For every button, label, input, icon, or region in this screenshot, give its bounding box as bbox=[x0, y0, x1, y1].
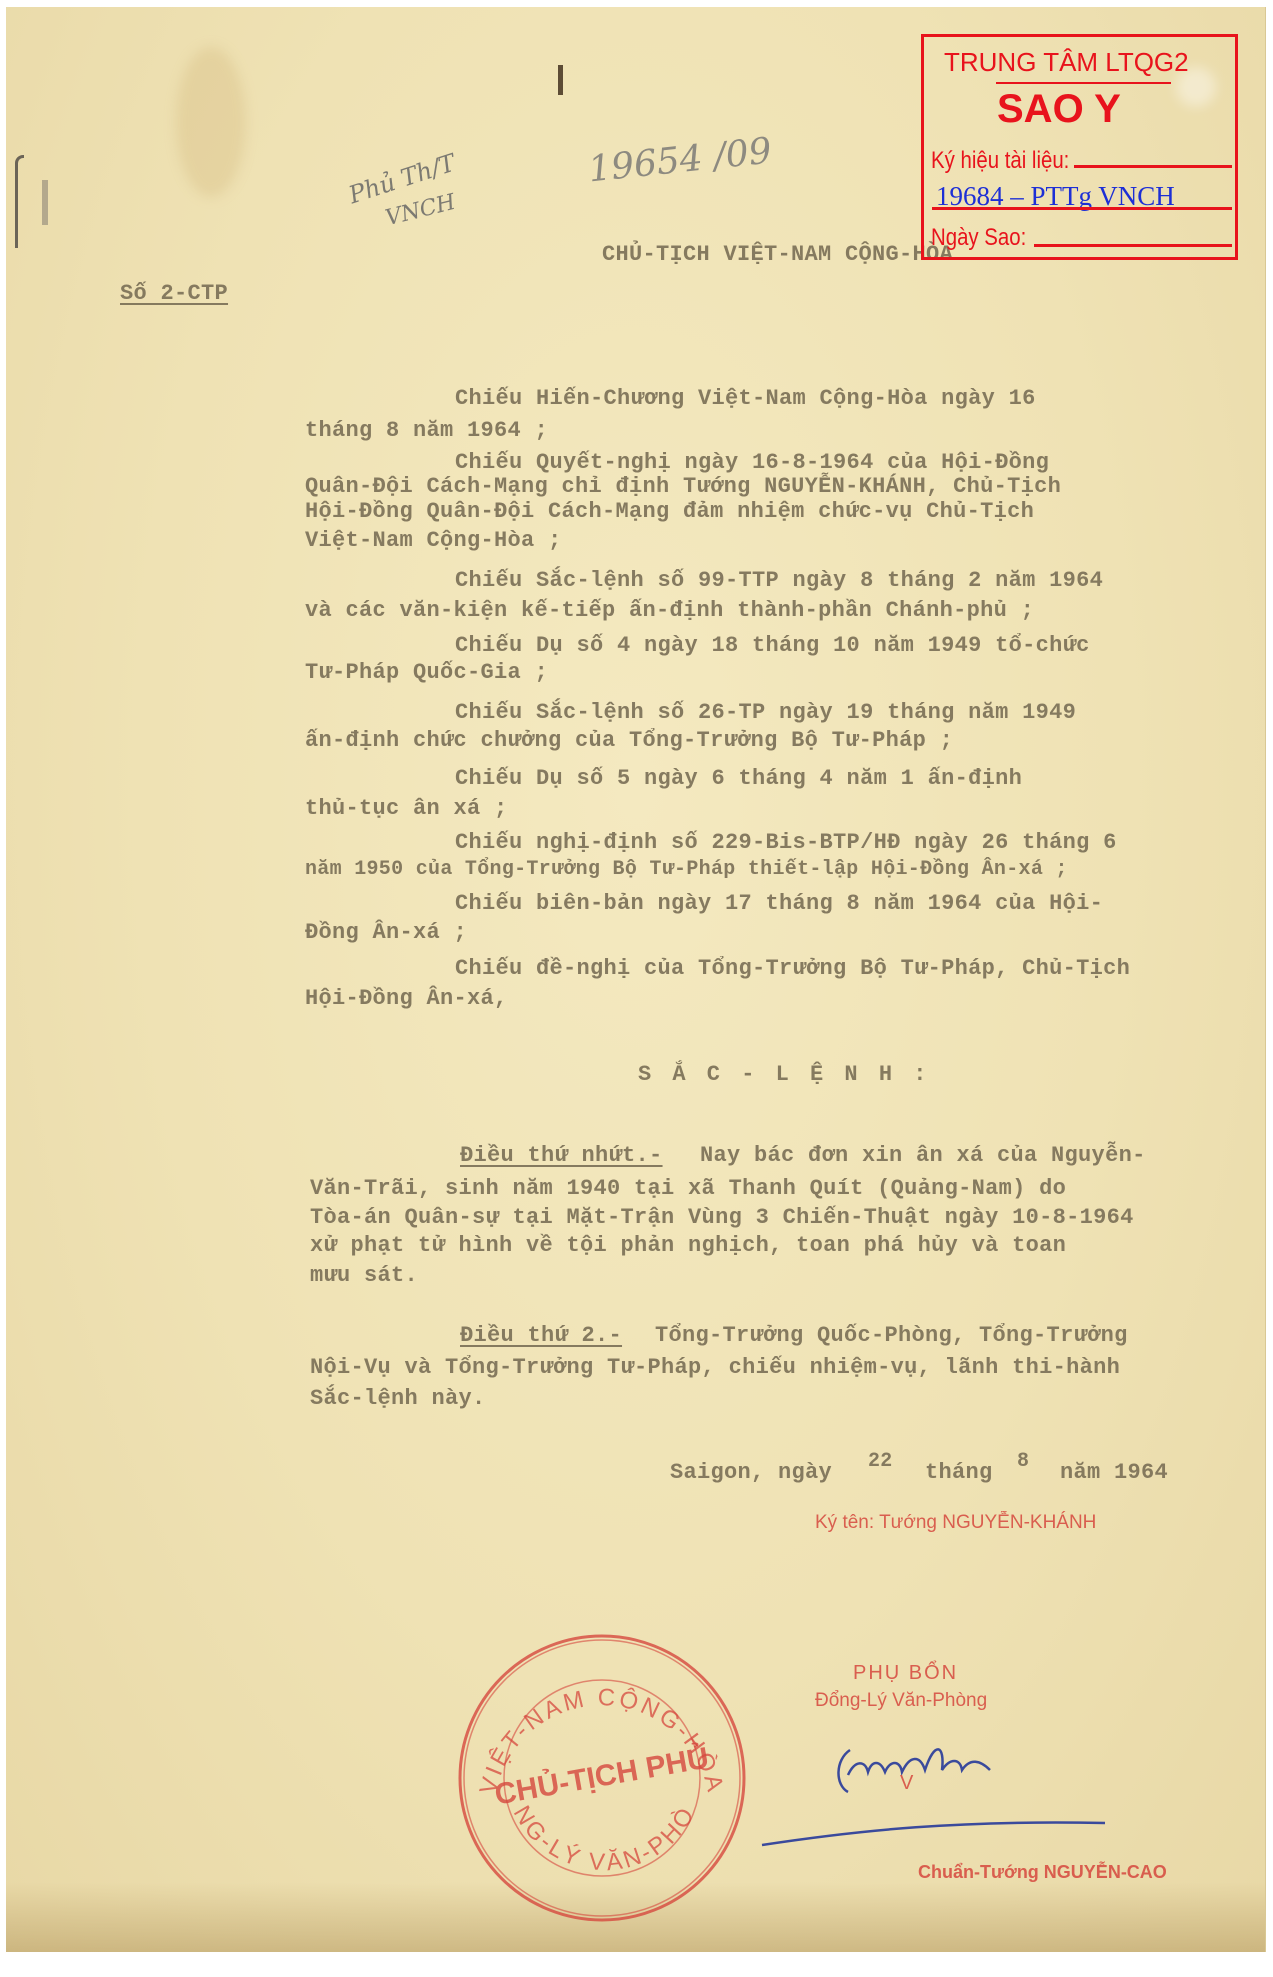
preamble-line: Tư-Pháp Quốc-Gia ; bbox=[305, 662, 548, 684]
preamble-line: thủ-tục ân xá ; bbox=[305, 798, 508, 820]
date-year: năm 1964 bbox=[1060, 1462, 1168, 1484]
preamble-line: ấn-định chức chưởng của Tổng-Trưởng Bộ T… bbox=[305, 730, 953, 752]
certified-copy-signatory: Chuẩn-Tướng NGUYỄN-CAO bbox=[918, 1862, 1167, 1883]
issuer-heading: CHỦ-TỊCH VIỆT-NAM CỘNG-HÒA bbox=[602, 244, 953, 266]
article-line: mưu sát. bbox=[310, 1265, 418, 1287]
signature-underline-icon bbox=[760, 1815, 1110, 1855]
preamble-line: năm 1950 của Tổng-Trưởng Bộ Tư-Pháp thiế… bbox=[305, 860, 1068, 880]
preamble-line: Chiếu Quyết-nghị ngày 16-8-1964 của Hội-… bbox=[455, 452, 1049, 474]
article-line: Văn-Trãi, sinh năm 1940 tại xã Thanh Quí… bbox=[310, 1178, 1066, 1200]
stamp-ref-line bbox=[1074, 165, 1232, 168]
preamble-line: Quân-Đội Cách-Mạng chỉ định Tướng NGUYỄN… bbox=[305, 476, 1061, 498]
seal-icon: VIỆT-NAM CỘNG-HÒA ĐỔNG-LÝ VĂN-PHÒNG CHỦ-… bbox=[452, 1628, 752, 1928]
signed-by-stamp: Ký tên: Tướng NGUYỄN-KHÁNH bbox=[815, 1512, 1096, 1534]
stamp-date-line bbox=[1034, 244, 1232, 247]
signature-icon bbox=[830, 1730, 1010, 1800]
pencil-mark bbox=[558, 65, 563, 95]
article-line: Nay bác đơn xin ân xá của Nguyễn- bbox=[700, 1145, 1146, 1167]
preamble-line: Việt-Nam Cộng-Hòa ; bbox=[305, 530, 562, 552]
official-seal: VIỆT-NAM CỘNG-HÒA ĐỔNG-LÝ VĂN-PHÒNG CHỦ-… bbox=[452, 1628, 752, 1928]
preamble-line: Chiếu Dụ số 5 ngày 6 tháng 4 năm 1 ấn-đị… bbox=[455, 768, 1022, 790]
preamble-line: Chiếu Sắc-lệnh số 26-TP ngày 19 tháng nă… bbox=[455, 702, 1076, 724]
stamp-title: SAO Y bbox=[997, 87, 1121, 132]
archive-stamp: TRUNG TÂM LTQG2 SAO Y Ký hiệu tài liệu: … bbox=[921, 34, 1238, 260]
article-line: Tổng-Trưởng Quốc-Phòng, Tổng-Trưởng bbox=[655, 1325, 1128, 1347]
preamble-line: tháng 8 năm 1964 ; bbox=[305, 420, 548, 442]
preamble-line: Chiếu biên-bản ngày 17 tháng 8 năm 1964 … bbox=[455, 893, 1103, 915]
preamble-line: Hội-Đồng Quân-Đội Cách-Mạng đảm nhiệm ch… bbox=[305, 501, 1034, 523]
article-line: xử phạt tử hình về tội phản nghịch, toan… bbox=[310, 1235, 1066, 1257]
certified-copy-subtitle: Đổng-Lý Văn-Phòng bbox=[815, 1690, 987, 1712]
preamble-line: và các văn-kiện kế-tiếp ấn-định thành-ph… bbox=[305, 600, 1034, 622]
preamble-line: Chiếu Dụ số 4 ngày 18 tháng 10 năm 1949 … bbox=[455, 635, 1090, 657]
date-place: Saigon, ngày bbox=[670, 1462, 832, 1484]
preamble-line: Chiếu Hiến-Chương Việt-Nam Cộng-Hòa ngày… bbox=[455, 388, 1036, 410]
svg-text:CHỦ-TỊCH PHỦ: CHỦ-TỊCH PHỦ bbox=[492, 1740, 711, 1811]
binding-mark bbox=[15, 155, 24, 248]
binding-hole bbox=[42, 180, 48, 225]
article-line: Nội-Vụ và Tổng-Trưởng Tư-Pháp, chiếu nhi… bbox=[310, 1357, 1120, 1379]
preamble-line: Chiếu đề-nghị của Tổng-Trưởng Bộ Tư-Pháp… bbox=[455, 958, 1130, 980]
article-line: Tòa-án Quân-sự tại Mặt-Trận Vùng 3 Chiến… bbox=[310, 1207, 1134, 1229]
stamp-divider bbox=[996, 82, 1171, 84]
stamp-ref-value-line bbox=[932, 207, 1232, 210]
approval-mark: V bbox=[900, 1772, 913, 1795]
date-month-label: tháng bbox=[925, 1462, 993, 1484]
stain bbox=[176, 47, 246, 197]
date-month: 8 bbox=[1017, 1452, 1029, 1472]
preamble-line: Đồng Ân-xá ; bbox=[305, 922, 467, 944]
preamble-line: Chiếu Sắc-lệnh số 99-TTP ngày 8 tháng 2 … bbox=[455, 570, 1103, 592]
preamble-line: Hội-Đồng Ân-xá, bbox=[305, 988, 508, 1010]
date-day: 22 bbox=[868, 1452, 893, 1472]
document-number: Số 2-CTP bbox=[120, 283, 228, 305]
preamble-line: Chiếu nghị-định số 229-Bis-BTP/HĐ ngày 2… bbox=[455, 832, 1117, 854]
stamp-ref-label: Ký hiệu tài liệu: bbox=[931, 147, 1069, 175]
article-line: Sắc-lệnh này. bbox=[310, 1388, 486, 1410]
stamp-date-label: Ngày Sao: bbox=[931, 224, 1026, 252]
stamp-org: TRUNG TÂM LTQG2 bbox=[944, 47, 1189, 78]
certified-copy-title: PHỤ BỔN bbox=[853, 1662, 958, 1685]
decree-heading: S Ắ C - L Ệ N H : bbox=[638, 1064, 930, 1086]
article-label: Điều thứ nhứt.- bbox=[460, 1145, 663, 1167]
article-label: Điều thứ 2.- bbox=[460, 1325, 622, 1347]
